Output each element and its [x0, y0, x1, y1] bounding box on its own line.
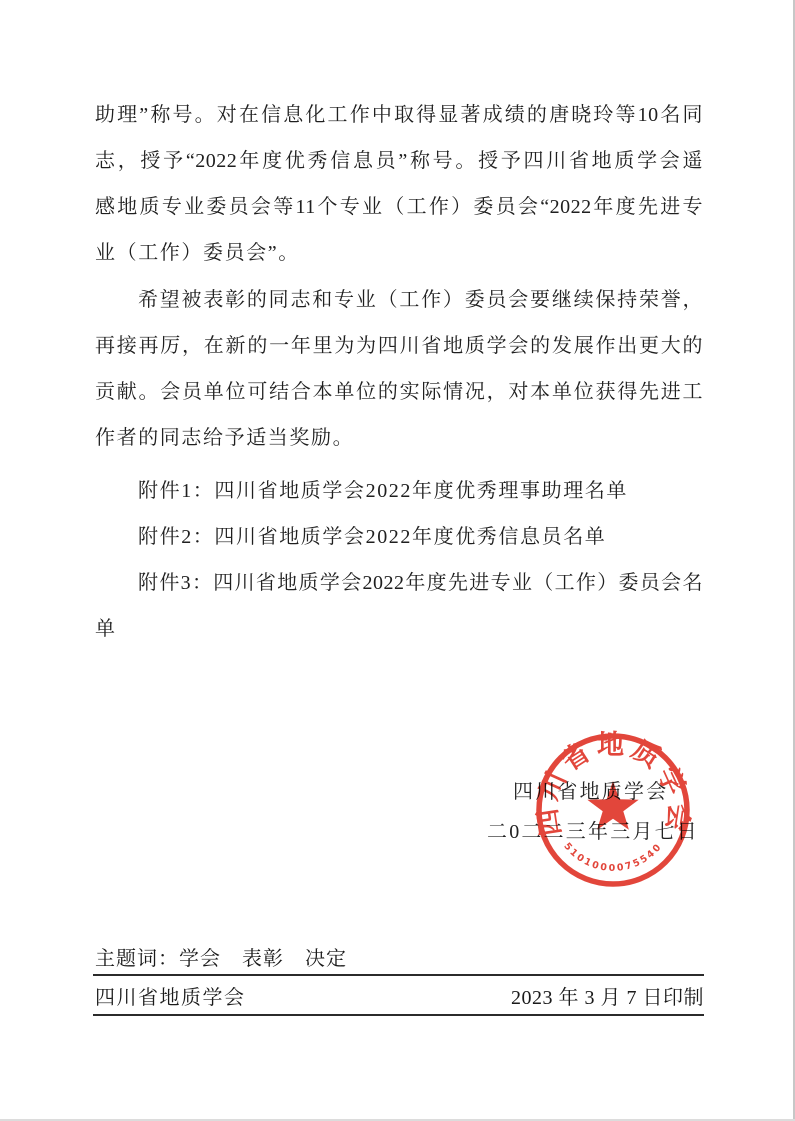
attachment-line-3-wrap: 单 — [95, 614, 703, 648]
seal-serial-number: 5101000075540 — [561, 841, 664, 874]
body-line: 志，授予“2022年度优秀信息员”称号。授予四川省地质学会遥 — [95, 146, 703, 180]
subject-keywords: 主题词：学会 表彰 决定 — [95, 942, 347, 971]
body-line: 希望被表彰的同志和专业（工作）委员会要继续保持荣誉， — [95, 285, 703, 319]
body-line: 贡献。会员单位可结合本单位的实际情况，对本单位获得先进工 — [95, 377, 703, 411]
attachment-line-1: 附件1：四川省地质学会2022年度优秀理事助理名单 — [95, 476, 703, 510]
footer-divider-bottom — [93, 1014, 704, 1016]
body-line: 感地质专业委员会等11个专业（工作）委员会“2022年度先进专 — [95, 192, 703, 226]
print-date: 2023 年 3 月 7 日印制 — [400, 981, 704, 1010]
official-seal: 四川省地质学会 5101000075540 — [531, 726, 695, 896]
body-line: 作者的同志给予适当奖励。 — [95, 423, 703, 457]
attachment-line-2: 附件2：四川省地质学会2022年度优秀信息员名单 — [95, 522, 703, 556]
body-line: 再接再厉，在新的一年里为为四川省地质学会的发展作出更大的 — [95, 331, 703, 365]
body-line: 业（工作）委员会”。 — [95, 238, 703, 272]
body-line: 助理”称号。对在信息化工作中取得显著成绩的唐晓玲等10名同 — [95, 100, 703, 134]
star-icon — [587, 781, 638, 830]
issuing-organization: 四川省地质学会 — [95, 981, 246, 1010]
footer-divider-top — [93, 974, 704, 976]
seal-serial-label: 5101000075540 — [561, 841, 664, 874]
attachment-line-3: 附件3：四川省地质学会2022年度先进专业（工作）委员会名 — [95, 568, 703, 602]
document-page: 助理”称号。对在信息化工作中取得显著成绩的唐晓玲等10名同 志，授予“2022年… — [0, 0, 795, 1121]
